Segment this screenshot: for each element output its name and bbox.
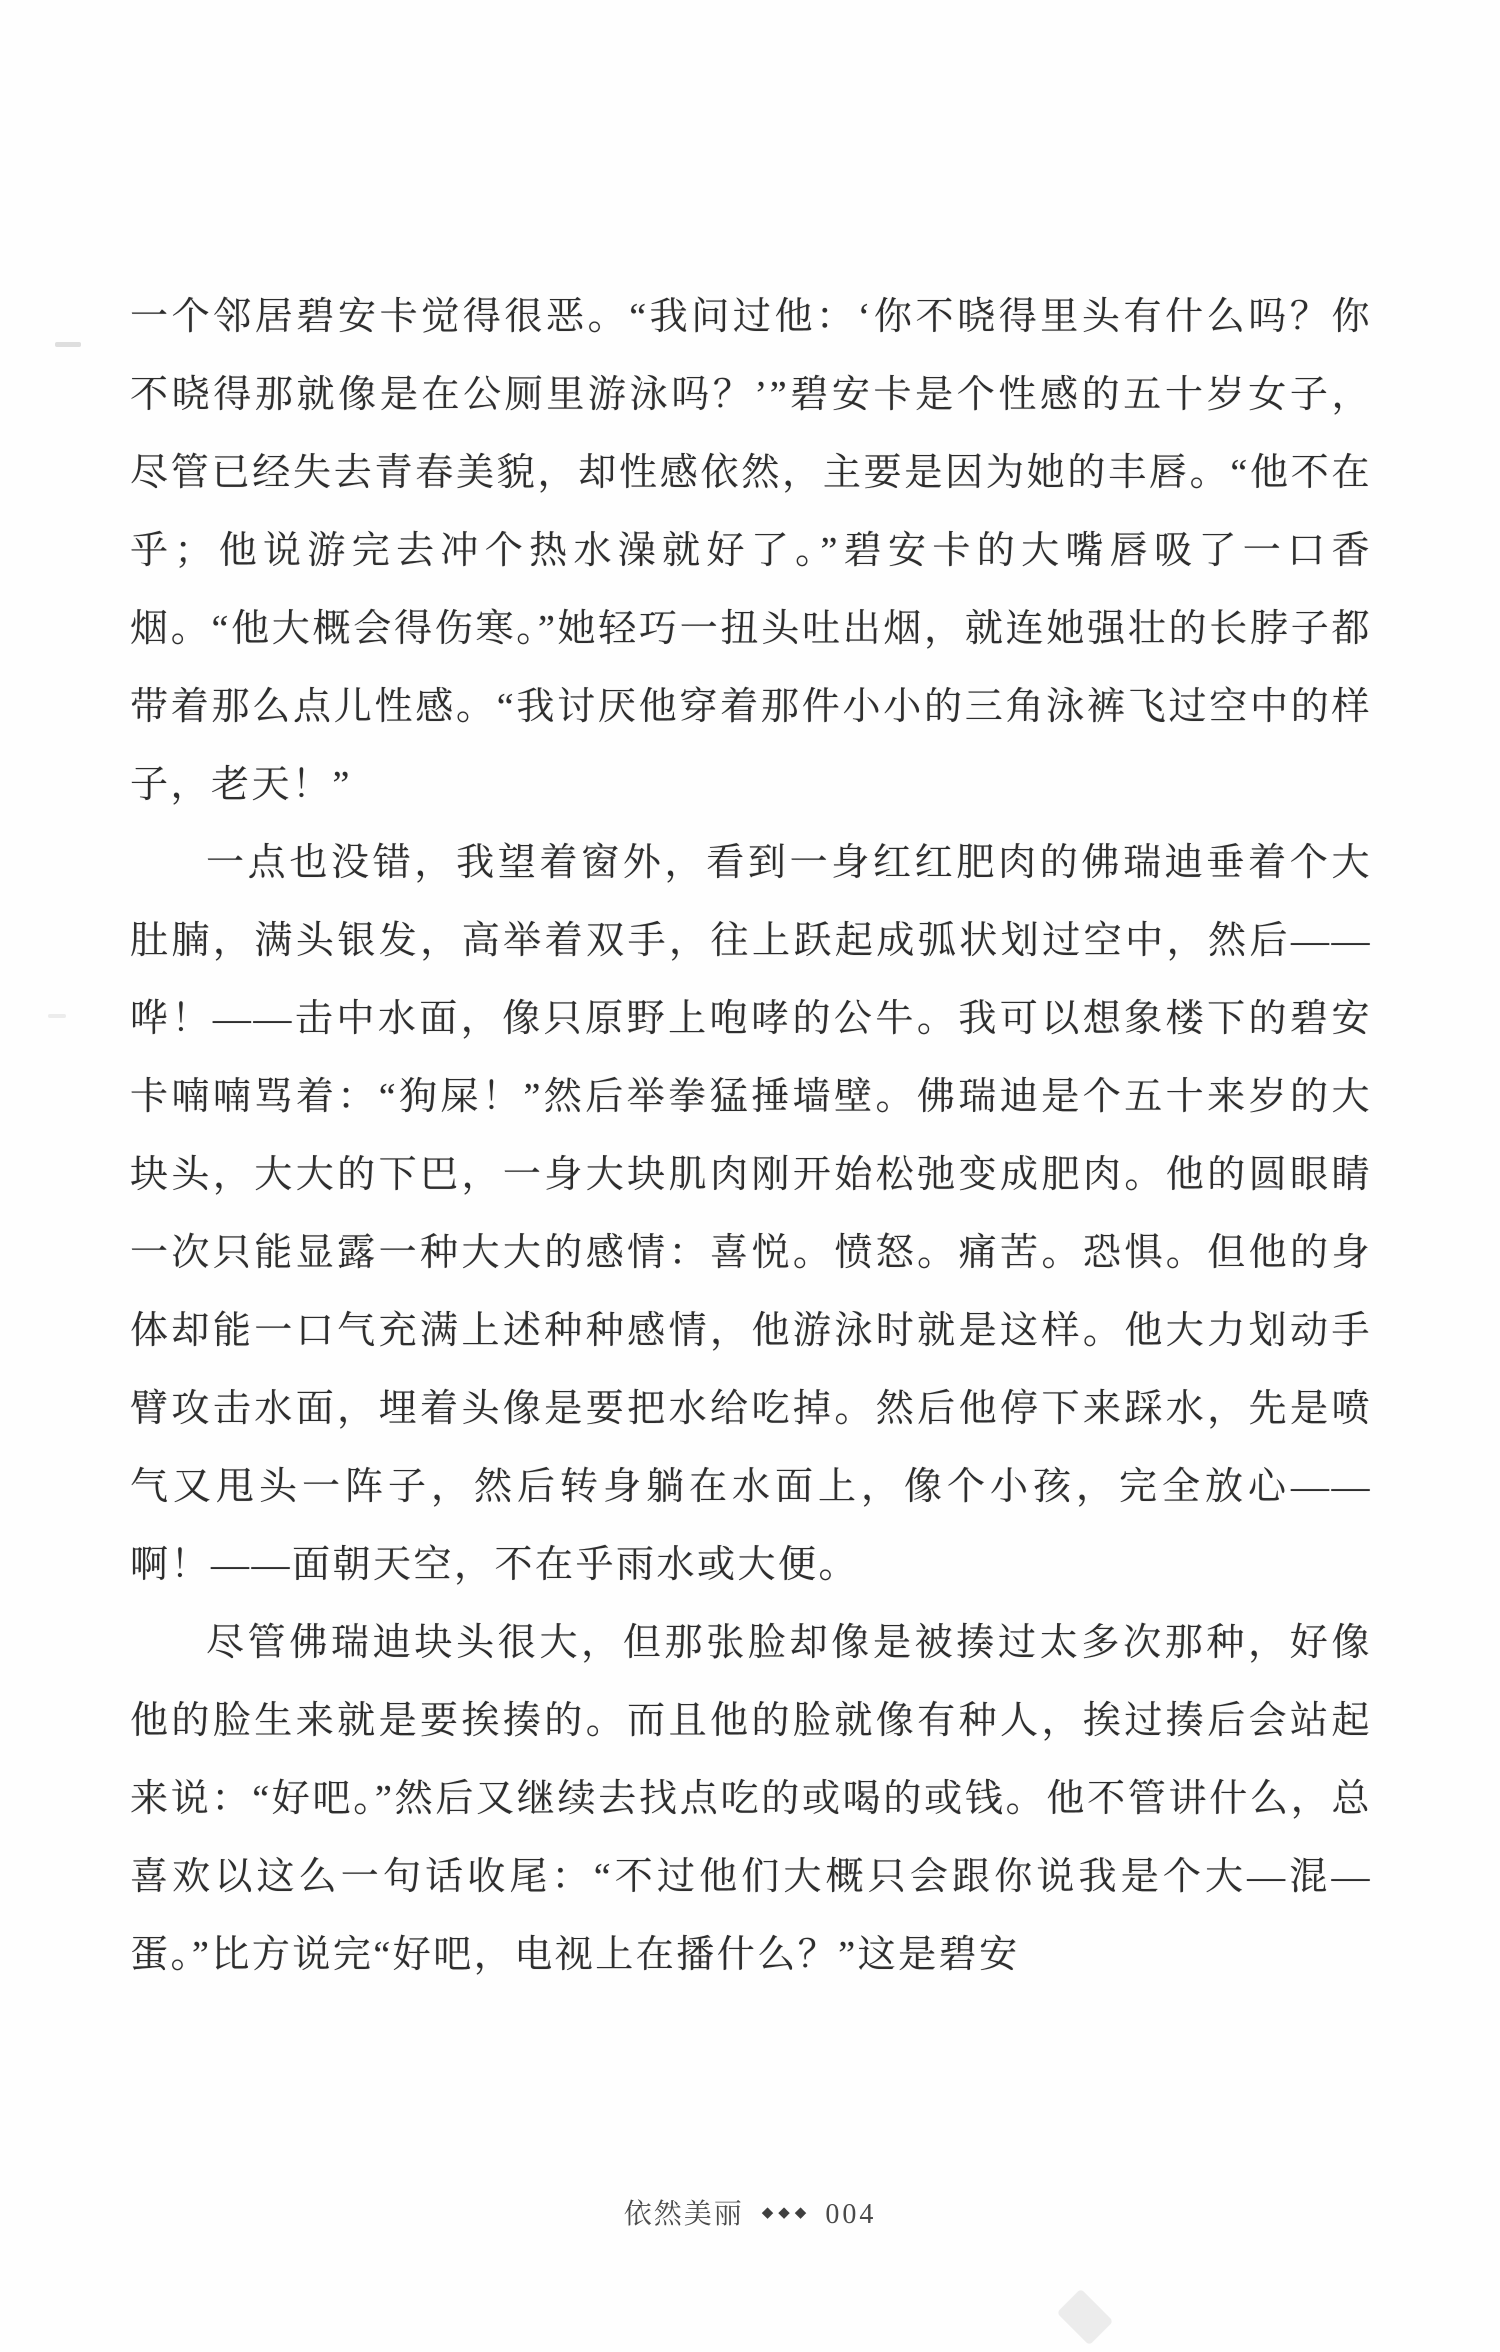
scan-smudge-left-top (55, 342, 81, 347)
scan-smudge-left-mid (48, 1014, 66, 1018)
footer-separator-dots-icon: ◆◆◆ (762, 2203, 812, 2222)
page-footer: 依然美丽◆◆◆004 (0, 2192, 1500, 2232)
footer-page-number: 004 (825, 2199, 876, 2230)
footer-book-title: 依然美丽 (624, 2199, 744, 2230)
scan-smudge-bottom-right (1057, 2289, 1114, 2346)
paragraph-continuation: 一个邻居碧安卡觉得很恶。“我问过他：‘你不晓得里头有什么吗？你不晓得那就像是在公… (130, 278, 1372, 824)
book-page: 一个邻居碧安卡觉得很恶。“我问过他：‘你不晓得里头有什么吗？你不晓得那就像是在公… (0, 0, 1500, 2352)
paragraph-3: 尽管佛瑞迪块头很大，但那张脸却像是被揍过太多次那种，好像他的脸生来就是要挨揍的。… (130, 1604, 1372, 1994)
body-text: 一个邻居碧安卡觉得很恶。“我问过他：‘你不晓得里头有什么吗？你不晓得那就像是在公… (130, 278, 1372, 1994)
paragraph-2: 一点也没错，我望着窗外，看到一身红红肥肉的佛瑞迪垂着个大肚腩，满头银发，高举着双… (130, 824, 1372, 1604)
